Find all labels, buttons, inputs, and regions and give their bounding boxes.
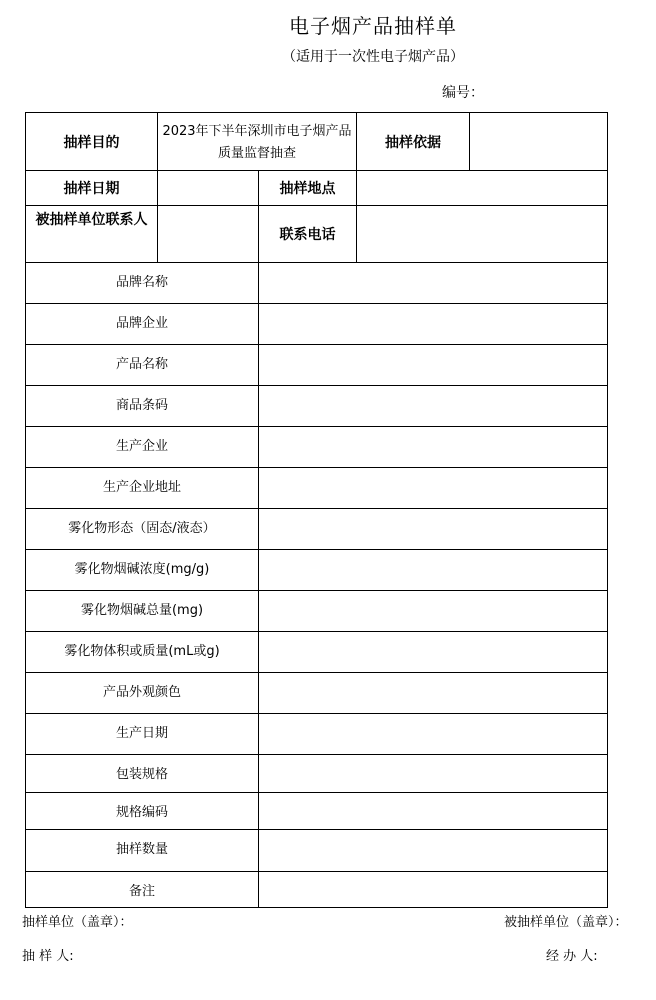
- field-value[interactable]: [259, 509, 608, 550]
- field-label: 生产日期: [26, 714, 259, 755]
- page-subtitle: （适用于一次性电子烟产品）: [0, 46, 656, 66]
- basis-label: 抽样依据: [357, 113, 470, 171]
- field-label: 雾化物烟碱总量(mg): [26, 591, 259, 632]
- sampled-unit-seal-label: 被抽样单位（盖章）：: [504, 911, 628, 930]
- field-label: 规格编码: [26, 793, 259, 830]
- page-title: 电子烟产品抽样单: [0, 10, 656, 39]
- field-label: 备注: [26, 872, 259, 908]
- purpose-value[interactable]: 2023年下半年深圳市电子烟产品质量监督抽查: [158, 113, 357, 171]
- field-value[interactable]: [259, 550, 608, 591]
- field-value[interactable]: [259, 830, 608, 872]
- field-value[interactable]: [259, 468, 608, 509]
- contact-value[interactable]: [158, 206, 259, 263]
- field-value[interactable]: [259, 591, 608, 632]
- location-value[interactable]: [357, 171, 608, 206]
- sampler-label: 抽 样 人:: [22, 945, 74, 964]
- field-label: 商品条码: [26, 386, 259, 427]
- field-value[interactable]: [259, 345, 608, 386]
- location-label: 抽样地点: [259, 171, 357, 206]
- purpose-label: 抽样目的: [26, 113, 158, 171]
- phone-value[interactable]: [357, 206, 608, 263]
- field-value[interactable]: [259, 263, 608, 304]
- field-value[interactable]: [259, 386, 608, 427]
- field-value[interactable]: [259, 872, 608, 908]
- field-value[interactable]: [259, 714, 608, 755]
- field-label: 抽样数量: [26, 830, 259, 872]
- field-value[interactable]: [259, 632, 608, 673]
- field-label: 雾化物形态（固态/液态）: [26, 509, 259, 550]
- field-value[interactable]: [259, 755, 608, 793]
- field-label: 雾化物体积或质量(mL或g): [26, 632, 259, 673]
- field-label: 生产企业地址: [26, 468, 259, 509]
- date-value[interactable]: [158, 171, 259, 206]
- field-value[interactable]: [259, 673, 608, 714]
- date-label: 抽样日期: [26, 171, 158, 206]
- field-value[interactable]: [259, 427, 608, 468]
- field-label: 生产企业: [26, 427, 259, 468]
- doc-number-label: 编号：: [442, 82, 484, 102]
- sampling-form-table: 抽样目的 2023年下半年深圳市电子烟产品质量监督抽查 抽样依据 抽样日期 抽样…: [25, 112, 608, 908]
- handler-label: 经 办 人:: [546, 945, 598, 964]
- field-label: 产品名称: [26, 345, 259, 386]
- contact-label: 被抽样单位联系人: [26, 206, 158, 263]
- field-label: 包装规格: [26, 755, 259, 793]
- phone-label: 联系电话: [259, 206, 357, 263]
- sampling-unit-seal-label: 抽样单位（盖章）：: [22, 911, 133, 930]
- field-label: 品牌名称: [26, 263, 259, 304]
- field-label: 产品外观颜色: [26, 673, 259, 714]
- field-value[interactable]: [259, 793, 608, 830]
- field-label: 雾化物烟碱浓度(mg/g): [26, 550, 259, 591]
- basis-value[interactable]: [470, 113, 608, 171]
- field-value[interactable]: [259, 304, 608, 345]
- field-label: 品牌企业: [26, 304, 259, 345]
